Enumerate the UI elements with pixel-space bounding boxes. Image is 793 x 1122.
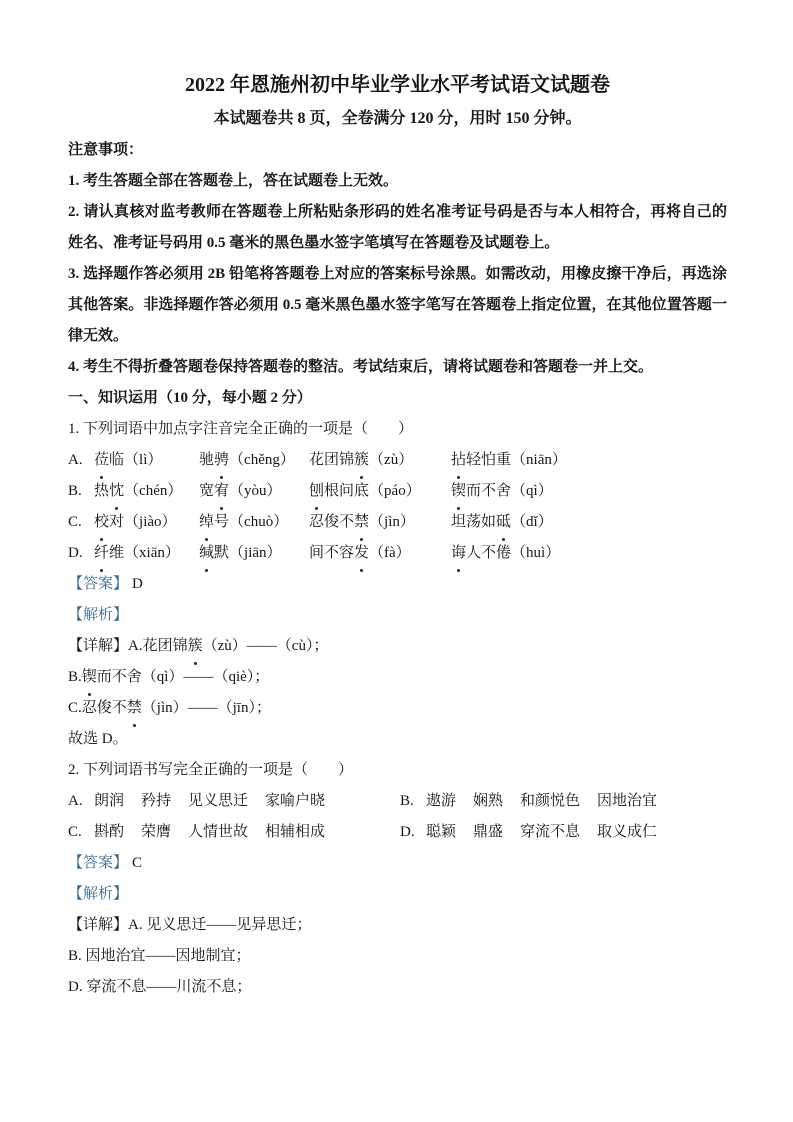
option-group: B.遨游娴熟和颜悦色因地治宜 — [400, 786, 727, 817]
dotted-char: 锲 — [451, 476, 466, 507]
pinyin: （qì） — [511, 483, 553, 499]
detail-line: D. 穿流不息——川流不息； — [68, 972, 727, 1003]
option-row: C.斟酌荣膺人情世故相辅相成D.聪颖鼎盛穿流不息取义成仁 — [68, 817, 727, 848]
option-item: 锲而不舍（qì） — [451, 476, 727, 507]
analysis-label: 【解析】 — [68, 886, 128, 902]
pinyin: （lì） — [124, 452, 162, 468]
pinyin: （niān） — [511, 452, 567, 468]
pinyin: （fà） — [369, 545, 411, 561]
option-word: 朗润 — [94, 793, 124, 809]
pinyin: （chěng） — [229, 452, 295, 468]
detail-prefix: 【详解】A. — [68, 638, 143, 654]
option-label: D. — [68, 538, 94, 569]
pinyin: （jiào） — [124, 514, 177, 530]
pinyin: （zù） — [369, 452, 413, 468]
word-part: 驰 — [199, 452, 214, 468]
dotted-char: 簇 — [354, 445, 369, 476]
option-word: 见义思迁 — [188, 793, 248, 809]
detail-tail: （qì）——（qiè）； — [142, 669, 270, 685]
question-1-options: A.莅临（lì）驰骋（chěng）花团锦簇（zù）拈轻怕重（niān）B.热忱（… — [68, 445, 727, 569]
detail-line: B. 因地治宜——因地制宜； — [68, 941, 727, 972]
pinyin: （dǐ） — [511, 514, 553, 530]
option-label: B. — [400, 786, 426, 817]
dotted-char: 忱 — [109, 476, 124, 507]
question-2-analysis-line: 【解析】 — [68, 879, 727, 910]
answer-value: C — [132, 855, 142, 871]
pinyin: （páo） — [369, 483, 421, 499]
detail-line: 【详解】A.花团锦簇（zù）——（cù）； — [68, 631, 727, 662]
question-1-answer-line: 【答案】D — [68, 569, 727, 600]
detail-prefix: C. — [68, 700, 82, 716]
analysis-label: 【解析】 — [68, 607, 128, 623]
word-part: 轻怕重 — [466, 452, 511, 468]
word-part: 忍俊不 — [82, 700, 127, 716]
option-label: D. — [400, 817, 426, 848]
option-word: 娴熟 — [473, 793, 503, 809]
dotted-char: 禁 — [354, 507, 369, 538]
question-2-detail: 【详解】A. 见义思迁——见异思迁；B. 因地治宜——因地制宜；D. 穿流不息—… — [68, 910, 727, 1003]
notice-item: 1. 考生答题全部在答题卷上，答在试题卷上无效。 — [68, 166, 727, 197]
notice-item: 2. 请认真核对监考教师在答题卷上所粘贴条形码的姓名准考证号码是否与本人相符合，… — [68, 197, 727, 259]
word-part: 忍俊不 — [309, 514, 354, 530]
option-label: C. — [68, 817, 94, 848]
option-item: 莅临（lì） — [94, 445, 199, 476]
option-word: 穿流不息 — [520, 824, 580, 840]
answer-label: 【答案】 — [68, 855, 128, 871]
option-row: A.朗润矜持见义思迁家喻户晓B.遨游娴熟和颜悦色因地治宜 — [68, 786, 727, 817]
detail-prefix: B. — [68, 669, 82, 685]
question-2-stem: 2. 下列词语书写完全正确的一项是（ ） — [68, 755, 727, 786]
word-part: 而不舍 — [466, 483, 511, 499]
word-part: 而不舍 — [97, 669, 142, 685]
option-word: 聪颖 — [426, 824, 456, 840]
detail-line: B.锲而不舍（qì）——（qiè）； — [68, 662, 727, 693]
word-part: 坦荡如 — [451, 514, 496, 530]
page-content: 注意事项： 1. 考生答题全部在答题卷上，答在试题卷上无效。2. 请认真核对监考… — [68, 135, 727, 1003]
option-item: 宽宥（yòu） — [199, 476, 309, 507]
option-row: D.纤维（xiān）缄默（jiān）间不容发（fà）诲人不倦（huì） — [68, 538, 727, 569]
word-part: 对 — [109, 514, 124, 530]
detail-tail: （zù）——（cù）； — [203, 638, 329, 654]
option-label: A. — [68, 445, 94, 476]
page-title: 2022 年恩施州初中毕业学业水平考试语文试题卷 — [68, 72, 727, 98]
option-item: 热忱（chén） — [94, 476, 199, 507]
dotted-char: 刨 — [309, 476, 324, 507]
dotted-char: 拈 — [451, 445, 466, 476]
option-item: 忍俊不禁（jìn） — [309, 507, 451, 538]
option-word: 和颜悦色 — [520, 793, 580, 809]
detail-tail: （jìn）——（jīn）； — [142, 700, 271, 716]
dotted-char: 校 — [94, 507, 109, 538]
option-label: B. — [68, 476, 94, 507]
dotted-char: 绰 — [199, 507, 214, 538]
option-item: 绰号（chuò） — [199, 507, 309, 538]
notice-list: 1. 考生答题全部在答题卷上，答在试题卷上无效。2. 请认真核对监考教师在答题卷… — [68, 166, 727, 383]
option-item: 驰骋（chěng） — [199, 445, 309, 476]
word-part: 根问底 — [324, 483, 369, 499]
option-item: 刨根问底（páo） — [309, 476, 451, 507]
notice-heading: 注意事项： — [68, 135, 727, 166]
word-part: 宽 — [199, 483, 214, 499]
section-heading: 一、知识运用（10 分，每小题 2 分） — [68, 383, 727, 414]
detail-line: 故选 D。 — [68, 724, 727, 755]
dotted-char: 锲 — [82, 662, 97, 693]
option-item: 间不容发（fà） — [309, 538, 451, 569]
option-item: 纤维（xiān） — [94, 538, 199, 569]
option-row: A.莅临（lì）驰骋（chěng）花团锦簇（zù）拈轻怕重（niān） — [68, 445, 727, 476]
option-word: 取义成仁 — [597, 824, 657, 840]
option-item: 缄默（jiān） — [199, 538, 309, 569]
question-2-options: A.朗润矜持见义思迁家喻户晓B.遨游娴熟和颜悦色因地治宜C.斟酌荣膺人情世故相辅… — [68, 786, 727, 848]
option-word: 相辅相成 — [265, 824, 325, 840]
exam-paper-page: 2022 年恩施州初中毕业学业水平考试语文试题卷 本试题卷共 8 页，全卷满分 … — [0, 0, 793, 1122]
dotted-char: 骋 — [214, 445, 229, 476]
pinyin: （jìn） — [369, 514, 415, 530]
option-word: 人情世故 — [188, 824, 248, 840]
option-row: C.校对（jiào）绰号（chuò）忍俊不禁（jìn）坦荡如砥（dǐ） — [68, 507, 727, 538]
question-1-stem: 1. 下列词语中加点字注音完全正确的一项是（ ） — [68, 414, 727, 445]
option-word: 矜持 — [141, 793, 171, 809]
option-word: 遨游 — [426, 793, 456, 809]
dotted-char: 砥 — [496, 507, 511, 538]
option-word: 因地治宜 — [597, 793, 657, 809]
dotted-char: 禁 — [127, 693, 142, 724]
option-row: B.热忱（chén）宽宥（yòu）刨根问底（páo）锲而不舍（qì） — [68, 476, 727, 507]
detail-line: 【详解】A. 见义思迁——见异思迁； — [68, 910, 727, 941]
word-part: 默 — [214, 545, 229, 561]
answer-label: 【答案】 — [68, 576, 128, 592]
dotted-char: 莅 — [94, 445, 109, 476]
question-1-analysis-line: 【解析】 — [68, 600, 727, 631]
option-word: 斟酌 — [94, 824, 124, 840]
detail-line: C.忍俊不禁（jìn）——（jīn）； — [68, 693, 727, 724]
option-item: 诲人不倦（huì） — [451, 538, 727, 569]
page-subtitle: 本试题卷共 8 页，全卷满分 120 分，用时 150 分钟。 — [68, 106, 727, 132]
pinyin: （chén） — [124, 483, 182, 499]
answer-value: D — [132, 576, 143, 592]
option-item: 拈轻怕重（niān） — [451, 445, 727, 476]
option-label: A. — [68, 786, 94, 817]
pinyin: （chuò） — [229, 514, 288, 530]
option-group: A.朗润矜持见义思迁家喻户晓 — [68, 786, 400, 817]
word-part: 花团锦 — [143, 638, 188, 654]
option-word: 荣膺 — [141, 824, 171, 840]
dotted-char: 诲 — [451, 538, 466, 569]
detail-prefix: 故选 D。 — [68, 731, 128, 747]
notice-item: 3. 选择题作答必须用 2B 铅笔将答题卷上对应的答案标号涂黑。如需改动，用橡皮… — [68, 259, 727, 352]
word-part: 人不倦 — [466, 545, 511, 561]
option-item: 花团锦簇（zù） — [309, 445, 451, 476]
pinyin: （yòu） — [229, 483, 282, 499]
option-item: 校对（jiào） — [94, 507, 199, 538]
dotted-char: 宥 — [214, 476, 229, 507]
dotted-char: 发 — [354, 538, 369, 569]
question-2-answer-line: 【答案】C — [68, 848, 727, 879]
dotted-char: 簇 — [188, 631, 203, 662]
dotted-char: 缄 — [199, 538, 214, 569]
option-group: C.斟酌荣膺人情世故相辅相成 — [68, 817, 400, 848]
dotted-char: 纤 — [94, 538, 109, 569]
option-item: 坦荡如砥（dǐ） — [451, 507, 727, 538]
word-part: 临 — [109, 452, 124, 468]
notice-item: 4. 考生不得折叠答题卷保持答题卷的整洁。考试结束后，请将试题卷和答题卷一并上交… — [68, 352, 727, 383]
word-part: 号 — [214, 514, 229, 530]
word-part: 热 — [94, 483, 109, 499]
word-part: 花团锦 — [309, 452, 354, 468]
pinyin: （jiān） — [229, 545, 282, 561]
pinyin: （xiān） — [124, 545, 180, 561]
word-part: 维 — [109, 545, 124, 561]
option-word: 鼎盛 — [473, 824, 503, 840]
word-part: 间不容 — [309, 545, 354, 561]
pinyin: （huì） — [511, 545, 560, 561]
option-group: D.聪颖鼎盛穿流不息取义成仁 — [400, 817, 727, 848]
option-label: C. — [68, 507, 94, 538]
option-word: 家喻户晓 — [265, 793, 325, 809]
question-1-detail: 【详解】A.花团锦簇（zù）——（cù）；B.锲而不舍（qì）——（qiè）；C… — [68, 631, 727, 755]
